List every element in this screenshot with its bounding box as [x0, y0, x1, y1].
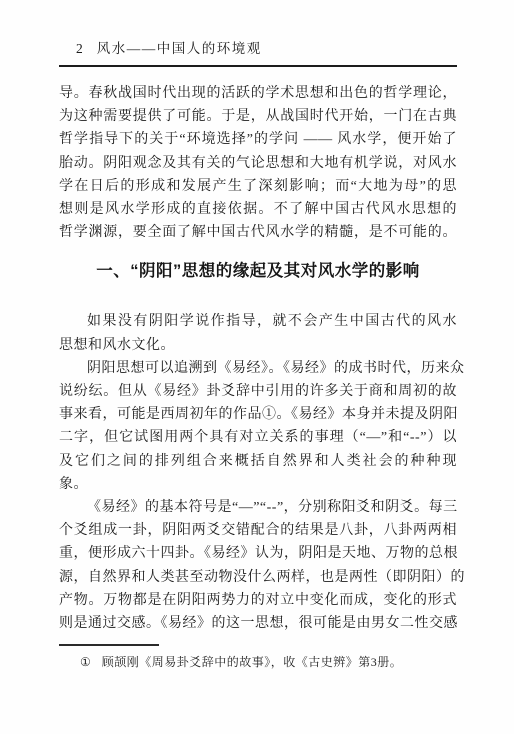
body-line: 导。春秋战国时代出现的活跃的学术思想和出色的哲学理论， — [59, 82, 457, 105]
footnote: ① 顾颉刚《周易卦爻辞中的故事》，收《古史辨》第3册。 — [59, 654, 457, 671]
body-line: 学在日后的形成和发展产生了深刻影响；而“大地为母”的思 — [59, 175, 457, 198]
body-line: 如果没有阴阳学说作指导，就不会产生中国古代的风水 — [59, 310, 457, 333]
body-line: 则是通过交感。《易经》的这一思想，很可能是由男女二性交感 — [59, 612, 457, 635]
body-line: 二字，但它试图用两个具有对立关系的事理（“—”和“--”）以 — [59, 426, 457, 449]
body-line: 哲学指导下的关于“环境选择”的学问 —— 风水学，便开始了 — [59, 128, 457, 151]
body-line: 阴阳思想可以追溯到《易经》。《易经》的成书时代，历来众 — [59, 357, 457, 380]
paragraph-1: 导。春秋战国时代出现的活跃的学术思想和出色的哲学理论， 为这种需要提供了可能。于… — [59, 82, 457, 244]
body-line: 《易经》的基本符号是“—”“--”，分别称阳爻和阴爻。每三 — [59, 496, 457, 519]
page-content: 2 风水——中国人的环境观 导。春秋战国时代出现的活跃的学术思想和出色的哲学理论… — [59, 40, 457, 671]
body-line: 产物。万物都是在阴阳两势力的对立中变化而成，变化的形式 — [59, 589, 457, 612]
body-line: 重，便形成六十四卦。《易经》认为，阴阳是天地、万物的总根 — [59, 542, 457, 565]
footnote-marker: ① — [80, 654, 91, 671]
footnote-text: 顾颉刚《周易卦爻辞中的故事》，收《古史辨》第3册。 — [102, 654, 403, 671]
body-line: 个爻组成一卦，阴阳两爻交错配合的结果是八卦，八卦两两相 — [59, 519, 457, 542]
body-line: 源，自然界和人类甚至动物没什么两样，也是两性（即阴阳）的 — [59, 566, 457, 589]
body-line: 为这种需要提供了可能。于是，从战国时代开始，一门在古典 — [59, 105, 457, 128]
page-number: 2 — [76, 40, 83, 58]
body-line: 象。 — [59, 473, 457, 496]
running-header: 2 风水——中国人的环境观 — [59, 40, 457, 67]
body-line: 胎动。阴阳观念及其有关的气论思想和大地有机学说，对风水 — [59, 152, 457, 175]
body-line: 想则是风水学形成的直接依据。不了解中国古代风水思想的 — [59, 198, 457, 221]
body-line: 哲学渊源，要全面了解中国古代风水学的精髓，是不可能的。 — [59, 221, 457, 244]
section-heading: 一、“阴阳”思想的缘起及其对风水学的影响 — [59, 260, 457, 283]
body-line: 思想和风水文化。 — [59, 334, 457, 357]
book-page: 2 风水——中国人的环境观 导。春秋战国时代出现的活跃的学术思想和出色的哲学理论… — [0, 0, 514, 734]
body-line: 及它们之间的排列组合来概括自然界和人类社会的种种现 — [59, 450, 457, 473]
book-title: 风水——中国人的环境观 — [97, 40, 262, 58]
body-line: 说纷纭。但从《易经》卦爻辞中引用的许多关于商和周初的故 — [59, 380, 457, 403]
paragraph-2: 如果没有阴阳学说作指导，就不会产生中国古代的风水 思想和风水文化。 阴阳思想可以… — [59, 310, 457, 635]
body-line: 事来看，可能是西周初年的作品①。《易经》本身并未提及阴阳 — [59, 403, 457, 426]
footnote-divider — [59, 644, 159, 646]
